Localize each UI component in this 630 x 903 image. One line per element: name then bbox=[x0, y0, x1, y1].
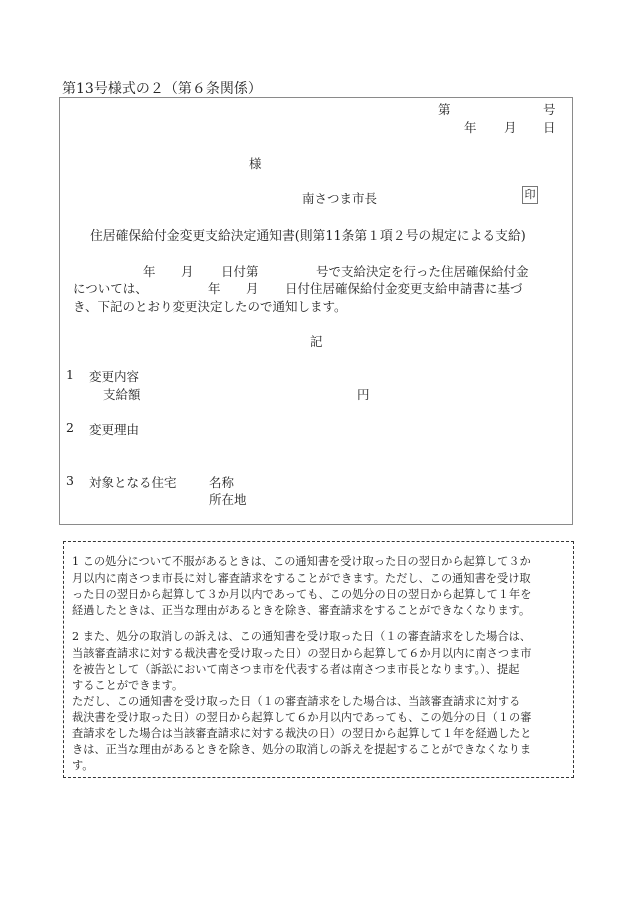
ki-heading: 記 bbox=[310, 332, 323, 350]
body-day-1: 日付第 bbox=[221, 262, 259, 280]
item-2-number: 2 bbox=[66, 420, 74, 435]
note-line: ただし、この通知書を受け取った日（１の審査請求をした場合は、当該審査請求に対する bbox=[72, 693, 520, 709]
body-line-2-start: については、 bbox=[73, 279, 148, 297]
note-line: を被告として（訴訟において南さつま市を代表する者は南さつま市長となります。）、提… bbox=[72, 661, 519, 677]
item-2-label: 変更理由 bbox=[89, 420, 139, 438]
item-1-unit: 円 bbox=[357, 385, 370, 403]
note-line: す。 bbox=[72, 757, 94, 773]
date-month: 月 bbox=[504, 118, 517, 136]
note-line: することができます。 bbox=[72, 677, 183, 693]
item-3-field-name: 名称 bbox=[209, 473, 234, 491]
addressee-suffix: 様 bbox=[249, 154, 262, 172]
document-title: 住居確保給付金変更支給決定通知書(則第11条第１項２号の規定による支給) bbox=[90, 225, 526, 244]
issuer-name: 南さつま市長 bbox=[302, 189, 377, 207]
date-day: 日 bbox=[543, 118, 556, 136]
note-line: 査請求をした場合は当該審査請求に対する裁決の日）の翌日から起算して１年を経過した… bbox=[72, 725, 532, 741]
body-line-1: 号で支給決定を行った住居確保給付金 bbox=[316, 262, 529, 280]
note-line: 経過したときは、正当な理由があるときを除き、審査請求をすることができなくなります… bbox=[72, 602, 530, 618]
note-line: 当該審査請求に対する裁決書を受け取った日）の翌日から起算して６か月以内に南さつま… bbox=[72, 645, 532, 661]
number-prefix: 第 bbox=[438, 100, 451, 118]
body-month-2: 月 bbox=[246, 279, 259, 297]
item-3-number: 3 bbox=[66, 473, 74, 488]
item-1-number: 1 bbox=[66, 367, 74, 382]
seal-mark: 印 bbox=[522, 186, 538, 204]
body-line-3: き、下記のとおり変更決定したので通知します。 bbox=[73, 297, 347, 315]
note-line: 月以内に南さつま市長に対し審査請求をすることができます。ただし、この通知書を受け… bbox=[72, 570, 531, 586]
item-3-label: 対象となる住宅 bbox=[89, 473, 177, 491]
date-year: 年 bbox=[464, 118, 477, 136]
note-line: 1 この処分について不服があるときは、この通知書を受け取った日の翌日から起算して… bbox=[72, 553, 531, 569]
form-title: 第13号様式の２（第６条関係） bbox=[62, 78, 262, 98]
body-year-1: 年 bbox=[143, 262, 156, 280]
note-line: った日の翌日から起算して３か月以内であっても、この処分の日の翌日から起算して１年… bbox=[72, 586, 531, 602]
body-line-2: 日付住居確保給付金変更支給申請書に基づ bbox=[285, 279, 523, 297]
item-1-label: 変更内容 bbox=[89, 367, 139, 385]
note-line: 2 また、処分の取消しの訴えは、この通知書を受け取った日（１の審査請求をした場合… bbox=[72, 628, 531, 644]
item-3-field-address: 所在地 bbox=[209, 490, 247, 508]
item-1-sublabel: 支給額 bbox=[103, 385, 141, 403]
number-suffix: 号 bbox=[543, 100, 556, 118]
note-line: 裁決書を受け取った日）の翌日から起算して６か月以内であっても、この処分の日（１の… bbox=[72, 709, 531, 725]
note-line: きは、正当な理由があるときを除き、処分の取消しの訴えを提起することができなくなり… bbox=[72, 741, 531, 757]
body-year-2: 年 bbox=[208, 279, 221, 297]
body-month-1: 月 bbox=[181, 262, 194, 280]
